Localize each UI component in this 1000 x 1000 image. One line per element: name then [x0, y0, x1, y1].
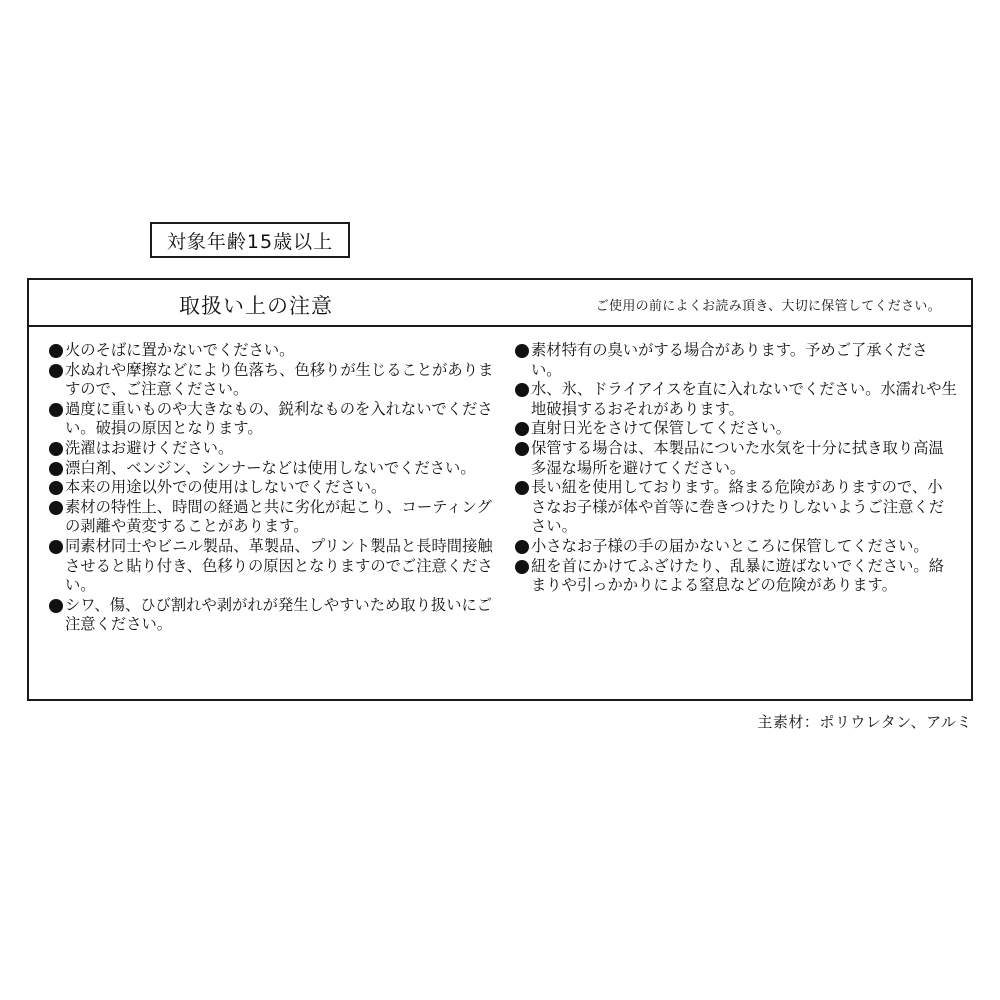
- age-notice-text: 対象年齢15歳以上: [167, 227, 333, 254]
- age-notice-box: 対象年齢15歳以上: [150, 222, 350, 258]
- handling-caution-box: 取扱い上の注意 ご使用の前によくお読み頂き、大切に保管してください。 火のそばに…: [27, 278, 973, 701]
- caution-list-left: 火のそばに置かないでください。 水ぬれや摩擦などにより色落ち、色移りが生じること…: [49, 341, 494, 635]
- bullet-icon: [49, 344, 63, 358]
- bullet-icon: [515, 540, 529, 554]
- bullet-icon: [49, 599, 63, 613]
- caution-item: 過度に重いものや大きなもの、鋭利なものを入れないでください。破損の原因となります…: [49, 400, 494, 439]
- caution-item: 保管する場合は、本製品についた水気を十分に拭き取り高温多湿な場所を避けてください…: [515, 439, 957, 478]
- bullet-icon: [515, 344, 529, 358]
- bullet-icon: [515, 383, 529, 397]
- bullet-icon: [49, 540, 63, 554]
- caution-subtitle: ご使用の前によくお読み頂き、大切に保管してください。: [596, 295, 941, 314]
- caution-title: 取扱い上の注意: [179, 290, 333, 320]
- caution-item: 直射日光をさけて保管してください。: [515, 419, 957, 439]
- bullet-icon: [49, 442, 63, 456]
- bullet-icon: [49, 403, 63, 417]
- caution-item: 水、氷、ドライアイスを直に入れないでください。水濡れや生地破損するおそれがありま…: [515, 380, 957, 419]
- caution-item: 紐を首にかけてふざけたり、乱暴に遊ばないでください。絡まりや引っかかりによる窒息…: [515, 557, 957, 596]
- caution-item: 小さなお子様の手の届かないところに保管してください。: [515, 537, 957, 557]
- bullet-icon: [515, 481, 529, 495]
- caution-item: 長い紐を使用しております。絡まる危険がありますので、小さなお子様が体や首等に巻き…: [515, 478, 957, 537]
- bullet-icon: [49, 364, 63, 378]
- caution-list-right: 素材特有の臭いがする場合があります。予めご了承ください。 水、氷、ドライアイスを…: [515, 341, 957, 596]
- caution-item: 火のそばに置かないでください。: [49, 341, 494, 361]
- caution-item: 素材特有の臭いがする場合があります。予めご了承ください。: [515, 341, 957, 380]
- caution-header: 取扱い上の注意 ご使用の前によくお読み頂き、大切に保管してください。: [29, 280, 971, 327]
- bullet-icon: [515, 422, 529, 436]
- bullet-icon: [49, 462, 63, 476]
- caution-item: 漂白剤、ベンジン、シンナーなどは使用しないでください。: [49, 459, 494, 479]
- main-material-label: 主素材：ポリウレタン、アルミ: [757, 711, 972, 732]
- caution-item: 水ぬれや摩擦などにより色落ち、色移りが生じることがありますので、ご注意ください。: [49, 361, 494, 400]
- bullet-icon: [49, 481, 63, 495]
- caution-item: 同素材同士やビニル製品、革製品、プリント製品と長時間接触させると貼り付き、色移り…: [49, 537, 494, 596]
- caution-item: 洗濯はお避けください。: [49, 439, 494, 459]
- bullet-icon: [515, 442, 529, 456]
- caution-item: 素材の特性上、時間の経過と共に劣化が起こり、コーティングの剥離や黄変することがあ…: [49, 498, 494, 537]
- bullet-icon: [49, 501, 63, 515]
- caution-item: 本来の用途以外での使用はしないでください。: [49, 478, 494, 498]
- bullet-icon: [515, 560, 529, 574]
- caution-item: シワ、傷、ひび割れや剥がれが発生しやすいため取り扱いにご注意ください。: [49, 596, 494, 635]
